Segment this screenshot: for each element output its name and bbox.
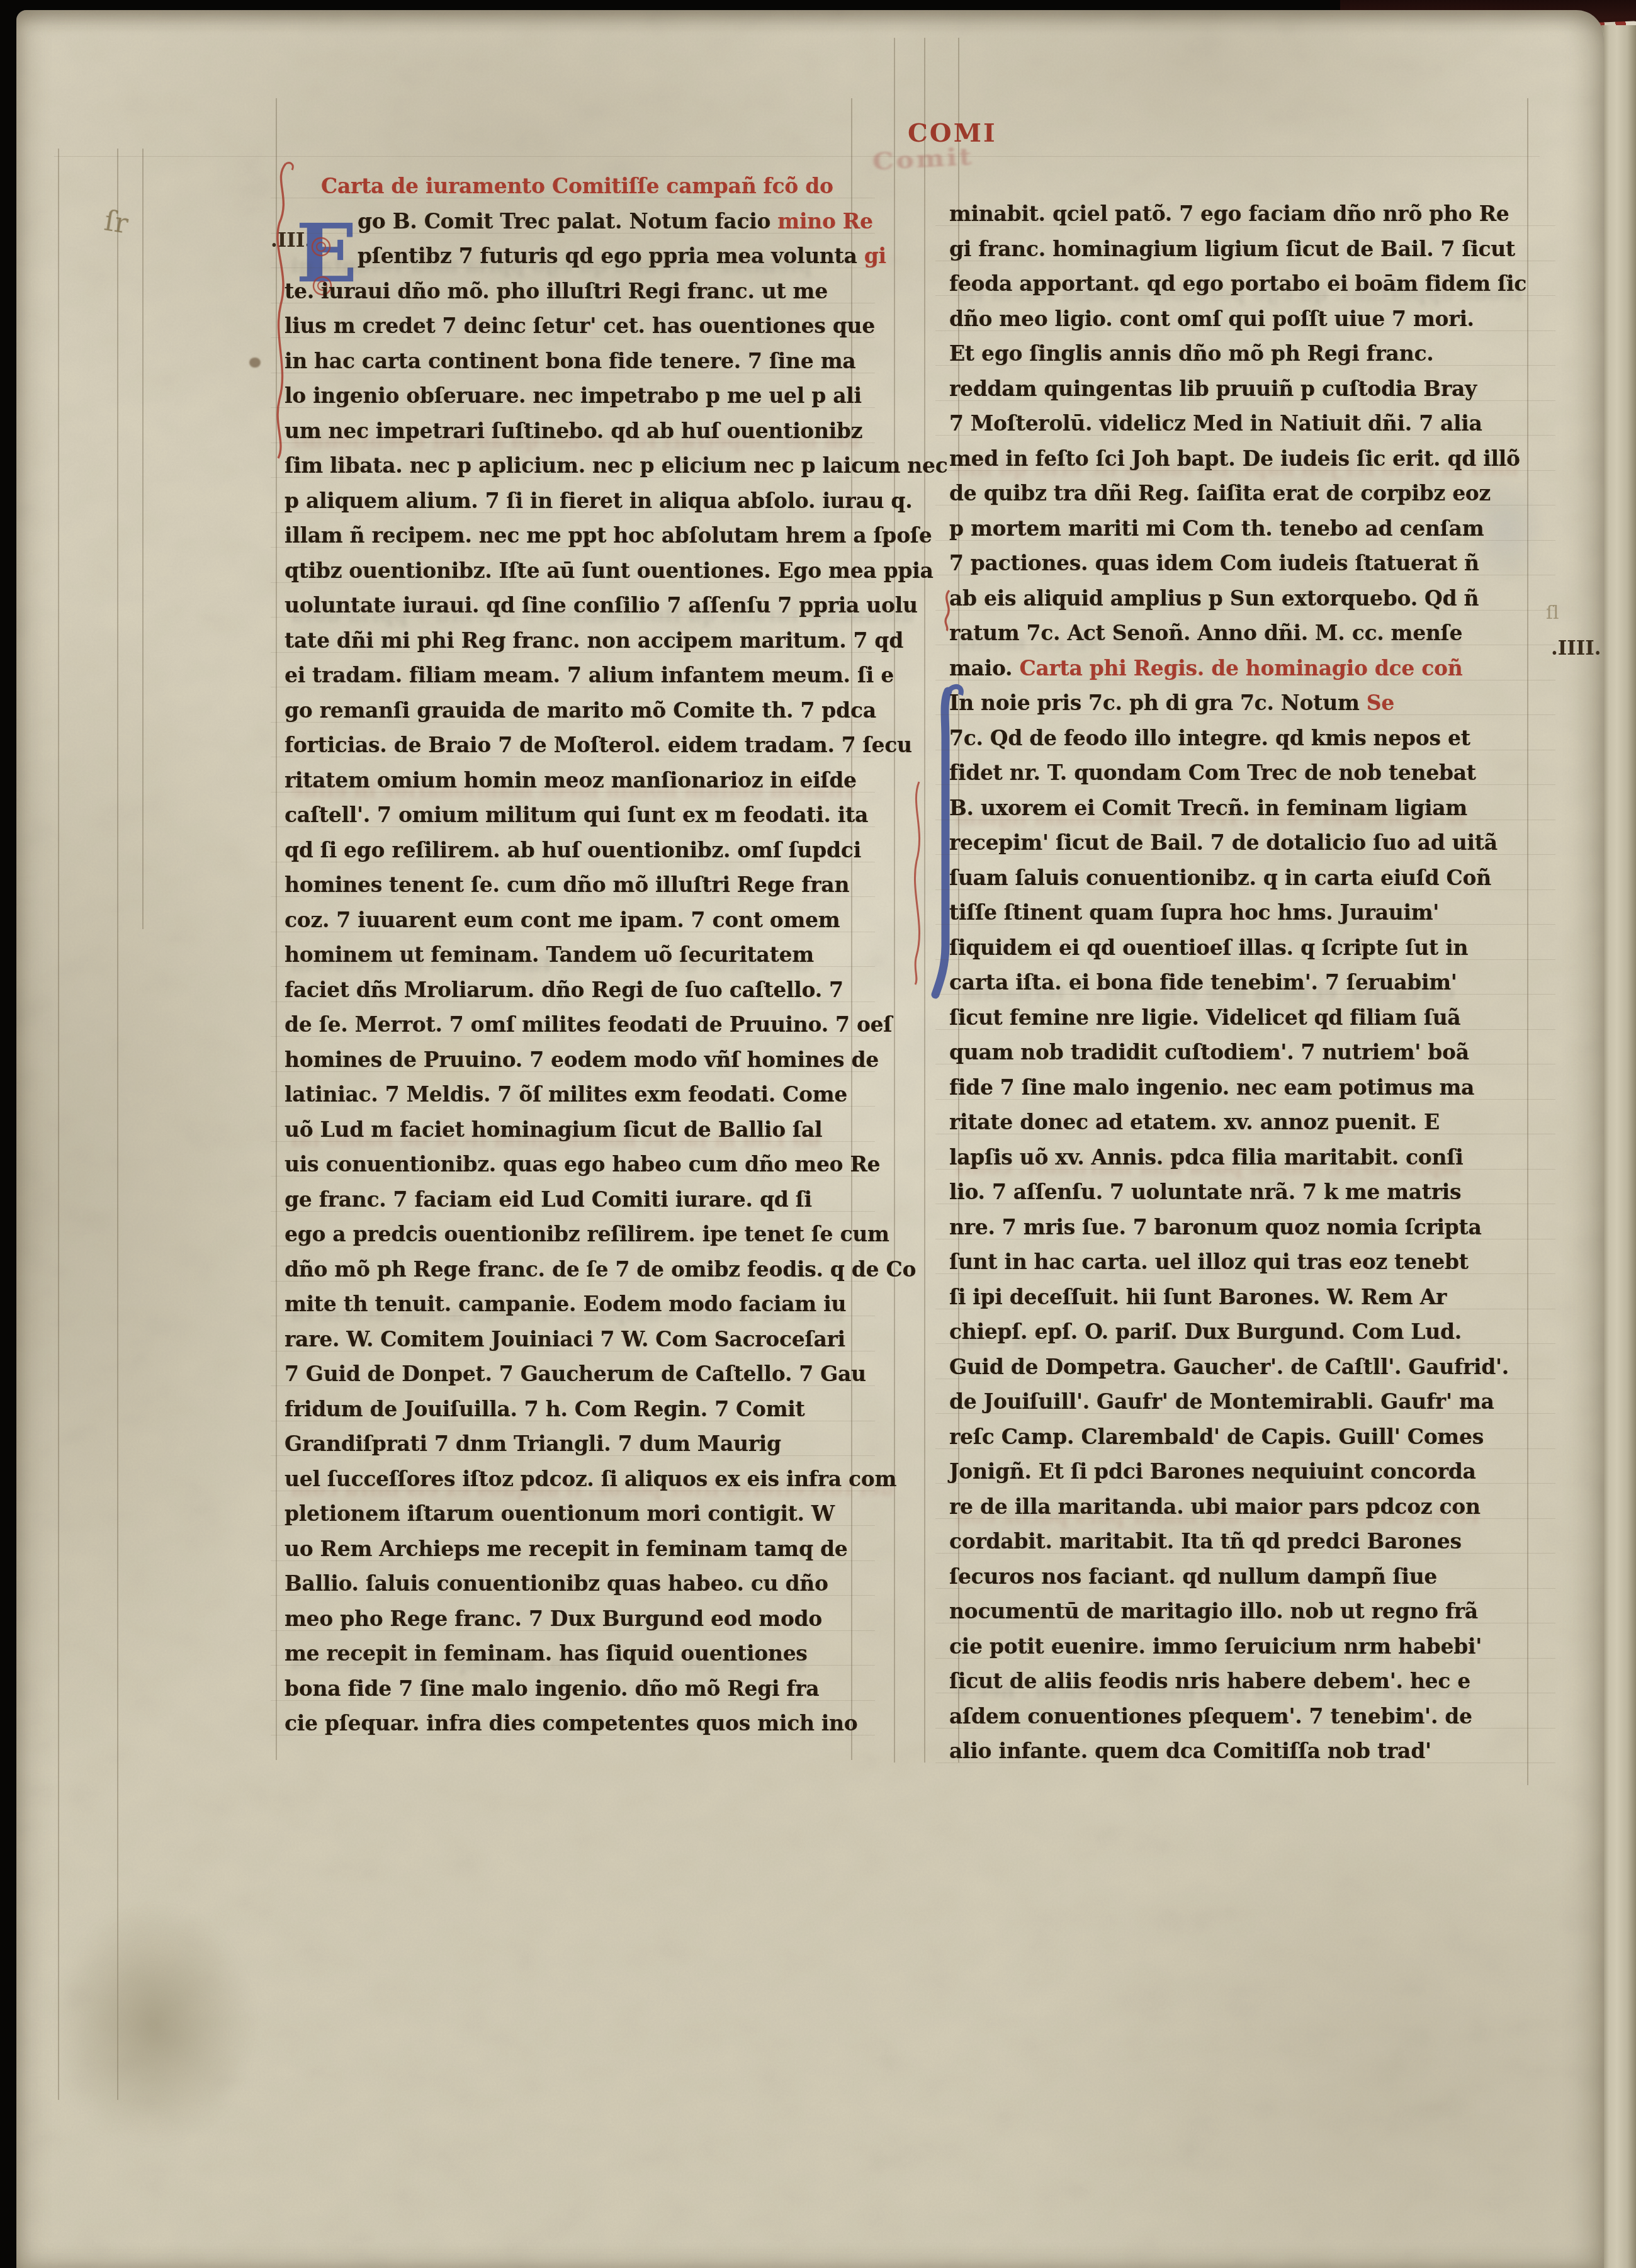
manuscript-text-line: pletionem iſtarum ouentionum mori contig…	[285, 1496, 835, 1532]
ruling-line	[58, 149, 59, 2100]
body-text: lius m credet 7 deinc ſetur' cet. has ou…	[285, 313, 875, 338]
manuscript-text-line: um nec impetrari ſuſtinebo. qd ab huſ ou…	[285, 414, 862, 449]
body-text: homines tenent ſe. cum dño mõ illuſtri R…	[285, 872, 849, 897]
body-text: nre. 7 mris ſue. 7 baronum quoz nomia ſc…	[949, 1215, 1482, 1239]
body-text: reſc Camp. Clarembald' de Capis. Guill' …	[949, 1425, 1484, 1449]
manuscript-text-line: nocumentū de maritagio illo. nob ut regn…	[949, 1594, 1478, 1629]
manuscript-text-line: ritate donec ad etatem. xv. annoz puenit…	[949, 1105, 1440, 1140]
manuscript-text-line: ritatem omium homin meoz manſionarioz in…	[285, 763, 857, 798]
manuscript-text-line: de quibz tra dñi Reg. ſaiſita erat de co…	[949, 476, 1491, 511]
body-text: carta iſta. ei bona fide tenebim'. 7 ſer…	[949, 970, 1457, 995]
rubric-text: Carta phi Regis. de hominagio dce coñ	[1019, 656, 1462, 680]
manuscript-text-line: cie pſequar. infra dies competentes quos…	[285, 1706, 857, 1741]
manuscript-text-line: ego a predcis ouentionibz reſilirem. ipe…	[285, 1217, 889, 1252]
manuscript-text-line: gi franc. hominagium ligium ſicut de Bai…	[949, 232, 1515, 267]
manuscript-text-line: chiepſ. epſ. O. pariſ. Dux Burgund. Com …	[949, 1314, 1462, 1350]
body-text: ſuam ſaluis conuentionibz. q in carta ei…	[949, 866, 1491, 890]
manuscript-text-line: tate dñi mi phi Reg franc. non accipem m…	[285, 623, 903, 658]
body-text: ego a predcis ouentionibz reſilirem. ipe…	[285, 1222, 889, 1246]
manuscript-text-line: feoda apportant. qd ego portabo ei boām …	[949, 266, 1526, 302]
manuscript-text-line: forticias. de Braio 7 de Moſterol. eidem…	[285, 728, 912, 763]
body-text: go B. Comit Trec palat. Notum facio	[358, 209, 777, 234]
body-text: fidet nr. T. quondam Com Trec de nob ten…	[949, 760, 1476, 785]
body-text: faciet dñs Mroliarum. dño Regi de ſuo ca…	[285, 978, 843, 1002]
body-text: uel ſucceſſores iſtoz pdcoz. ſi aliquos …	[285, 1467, 896, 1491]
manuscript-text-line: Jonigñ. Et ſi pdci Barones nequiuint con…	[949, 1454, 1476, 1489]
body-text: chiepſ. epſ. O. pariſ. Dux Burgund. Com …	[949, 1319, 1462, 1344]
manuscript-text-line: homines de Pruuino. 7 eodem modo vñſ hom…	[285, 1042, 879, 1078]
manuscript-text-line: 7 Guid de Donpet. 7 Gaucherum de Caſtell…	[285, 1357, 866, 1392]
manuscript-text-line: caſtell'. 7 omium militum qui ſunt ex m …	[285, 798, 868, 833]
manuscript-text-line: dño meo ligio. cont omſ qui poſſt uiue 7…	[949, 302, 1474, 337]
body-text: Ballio. ſaluis conuentionibz quas habeo.…	[285, 1571, 828, 1596]
body-text: illam ñ recipem. nec me ppt hoc abſoluta…	[285, 523, 932, 548]
chapter-number-right: .IIII.	[1551, 637, 1601, 660]
body-text: meo pho Rege franc. 7 Dux Burgund eod mo…	[285, 1606, 822, 1631]
body-text: dño meo ligio. cont omſ qui poſſt uiue 7…	[949, 307, 1474, 331]
rubric-text: Se	[1367, 691, 1394, 715]
manuscript-photo: Comit COMI .III. .IIII. ſr ſl E	[0, 0, 1636, 2268]
manuscript-text-line: Grandiſprati 7 dnm Triangli. 7 dum Mauri…	[285, 1426, 781, 1462]
manuscript-text-line: ſiquidem ei qd ouentioeſ illas. q ſcript…	[949, 930, 1468, 966]
fore-edge-leaves	[1601, 25, 1636, 2268]
manuscript-text-line: lo ingenio obſeruare. nec impetrabo p me…	[285, 378, 862, 414]
body-text: de quibz tra dñi Reg. ſaiſita erat de co…	[949, 481, 1491, 505]
manuscript-text-line: ſi ipi deceſſuit. hii ſunt Barones. W. R…	[949, 1280, 1447, 1315]
body-text: dño mõ ph Rege franc. de ſe 7 de omibz f…	[285, 1257, 916, 1282]
body-text: fridum de Jouiſuilla. 7 h. Com Regin. 7 …	[285, 1397, 805, 1421]
body-text: de ſe. Merrot. 7 omſ milites feodati de …	[285, 1012, 892, 1037]
manuscript-text-line: ſicut de aliis feodis nris habere debem'…	[949, 1664, 1470, 1699]
body-text: B. uxorem ei Comit Trecñ. in feminam lig…	[949, 796, 1467, 820]
manuscript-text-line: pſentibz 7 futuris qd ego ppria mea volu…	[358, 239, 886, 274]
manuscript-text-line: ſunt in hac carta. uel illoz qui tras eo…	[949, 1244, 1469, 1280]
manuscript-text-line: maio. Carta phi Regis. de hominagio dce …	[949, 651, 1462, 686]
body-text: lo ingenio obſeruare. nec impetrabo p me…	[285, 383, 862, 408]
manuscript-text-line: de ſe. Merrot. 7 omſ milites feodati de …	[285, 1007, 892, 1042]
text-column-right: minabit. qciel patõ. 7 ego faciam dño nr…	[949, 196, 1532, 1795]
manuscript-text-line: tiſſe ſtinent quam ſupra hoc hms. Juraui…	[949, 895, 1439, 930]
parchment-page: Comit COMI .III. .IIII. ſr ſl E	[16, 10, 1604, 2268]
manuscript-text-line: 7 pactiones. quas idem Com iudeis ſtatue…	[949, 546, 1479, 581]
manuscript-text-line: fidet nr. T. quondam Com Trec de nob ten…	[949, 755, 1476, 791]
body-text: Jonigñ. Et ſi pdci Barones nequiuint con…	[949, 1459, 1476, 1484]
body-text: ſicut de aliis feodis nris habere debem'…	[949, 1669, 1470, 1693]
body-text: ge franc. 7 faciam eid Lud Comiti iurare…	[285, 1187, 812, 1212]
manuscript-text-line: me recepit in feminam. has ſiquid ouenti…	[285, 1636, 808, 1671]
manuscript-text-line: te. iuraui dño mõ. pho illuſtri Regi fra…	[285, 274, 828, 309]
manuscript-text-line: uel ſucceſſores iſtoz pdcoz. ſi aliquos …	[285, 1462, 896, 1497]
body-text: minabit. qciel patõ. 7 ego faciam dño nr…	[949, 201, 1509, 226]
body-text: go remanſi grauida de marito mõ Comite t…	[285, 698, 876, 723]
body-text: caſtell'. 7 omium militum qui ſunt ex m …	[285, 803, 868, 827]
manuscript-text-line: qd ſi ego reſilirem. ab huſ ouentionibz.…	[285, 833, 861, 868]
body-text: forticias. de Braio 7 de Moſterol. eidem…	[285, 733, 912, 757]
ruling-line	[54, 156, 1540, 157]
body-text: bona fide 7 ſine malo ingenio. dño mõ Re…	[285, 1676, 819, 1701]
manuscript-text-line: qtibz ouentionibz. Iſte aū ſunt ouention…	[285, 553, 934, 589]
body-text: cordabit. maritabit. Ita tñ qd predci Ba…	[949, 1529, 1462, 1554]
body-text: um nec impetrari ſuſtinebo. qd ab huſ ou…	[285, 419, 862, 443]
margin-note: ſl	[1546, 602, 1559, 624]
body-text: mite th tenuit. campanie. Eodem modo fac…	[285, 1292, 846, 1316]
manuscript-text-line: de Jouiſuill'. Gaufr' de Montemirabli. G…	[949, 1384, 1494, 1419]
body-text: uis conuentionibz. quas ego habeo cum dñ…	[285, 1152, 880, 1176]
body-text: ritatem omium homin meoz manſionarioz in…	[285, 768, 857, 793]
manuscript-text-line: coz. 7 iuuarent eum cont me ipam. 7 cont…	[285, 903, 840, 938]
manuscript-text-line: meo pho Rege franc. 7 Dux Burgund eod mo…	[285, 1601, 822, 1637]
manuscript-text-line: uis conuentionibz. quas ego habeo cum dñ…	[285, 1147, 880, 1182]
body-text: cie potit euenire. immo ſeruicium nrm ha…	[949, 1634, 1482, 1659]
body-text: in hac carta continent bona fide tenere.…	[285, 349, 855, 373]
body-text: de Jouiſuill'. Gaufr' de Montemirabli. G…	[949, 1389, 1494, 1414]
body-text: qd ſi ego reſilirem. ab huſ ouentionibz.…	[285, 838, 861, 862]
body-text: alio infante. quem dca Comitiſſa nob tra…	[949, 1739, 1431, 1763]
manuscript-text-line: reddam quingentas lib pruuiñ p cuſtodia …	[949, 371, 1477, 407]
body-text: re de illa maritanda. ubi maior pars pdc…	[949, 1494, 1481, 1519]
rubric-text: Carta de iuramento Comitiſſe campañ fcõ …	[321, 174, 833, 198]
manuscript-text-line: ſim libata. nec p aplicium. nec p eliciu…	[285, 448, 947, 483]
manuscript-text-line: ſuam ſaluis conuentionibz. q in carta ei…	[949, 860, 1491, 896]
body-text: uo Rem Archieps me recepit in feminam ta…	[285, 1537, 847, 1561]
margin-note: ſr	[102, 205, 130, 240]
running-title: COMI	[908, 118, 997, 148]
manuscript-text-line: p mortem mariti mi Com th. tenebo ad cen…	[949, 511, 1484, 546]
manuscript-text-line: Guid de Dompetra. Gaucher'. de Caſtll'. …	[949, 1350, 1509, 1385]
body-text: homines de Pruuino. 7 eodem modo vñſ hom…	[285, 1047, 879, 1072]
stain	[249, 358, 261, 368]
body-text: me recepit in feminam. has ſiquid ouenti…	[285, 1641, 808, 1666]
body-text: In noie pris 7c. ph di gra 7c. Notum	[949, 691, 1367, 715]
manuscript-text-line: faciet dñs Mroliarum. dño Regi de ſuo ca…	[285, 973, 843, 1008]
manuscript-text-line: ei tradam. filiam meam. 7 alium infantem…	[285, 658, 894, 693]
manuscript-text-line: ab eis aliquid amplius p Sun extorquebo.…	[949, 581, 1479, 616]
manuscript-text-line: go B. Comit Trec palat. Notum facio mino…	[358, 204, 873, 239]
body-text: ritate donec ad etatem. xv. annoz puenit…	[949, 1110, 1440, 1134]
manuscript-text-line: fide 7 ſine malo ingenio. nec eam potimu…	[949, 1070, 1474, 1105]
manuscript-text-line: quam nob tradidit cuſtodiem'. 7 nutriem'…	[949, 1035, 1469, 1070]
rubric-text: gi	[864, 244, 886, 268]
manuscript-text-line: ſicut femine nre ligie. Videlicet qd fil…	[949, 1000, 1460, 1035]
body-text: ſunt in hac carta. uel illoz qui tras eo…	[949, 1250, 1469, 1274]
manuscript-text-line: ge franc. 7 faciam eid Lud Comiti iurare…	[285, 1182, 812, 1217]
body-text: nocumentū de maritagio illo. nob ut regn…	[949, 1599, 1478, 1623]
text-column-left: Carta de iuramento Comitiſſe campañ fcõ …	[285, 169, 851, 1768]
manuscript-text-line: nre. 7 mris ſue. 7 baronum quoz nomia ſc…	[949, 1210, 1482, 1245]
manuscript-text-line: carta iſta. ei bona fide tenebim'. 7 ſer…	[949, 965, 1457, 1000]
manuscript-text-line: uõ Lud m faciet hominagium ſicut de Ball…	[285, 1112, 822, 1148]
manuscript-text-line: in hac carta continent bona fide tenere.…	[285, 344, 855, 379]
body-text: lio. 7 aſſenſu. 7 uoluntate nrã. 7 k me …	[949, 1180, 1461, 1204]
body-text: quam nob tradidit cuſtodiem'. 7 nutriem'…	[949, 1040, 1469, 1064]
body-text: qtibz ouentionibz. Iſte aū ſunt ouention…	[285, 558, 934, 583]
body-text: ab eis aliquid amplius p Sun extorquebo.…	[949, 586, 1479, 611]
body-text: uoluntate iuraui. qd ſine conſilio 7 aſſ…	[285, 593, 918, 618]
body-text: ratum 7c. Act Senoñ. Anno dñi. M. cc. me…	[949, 621, 1462, 645]
manuscript-text-line: bona fide 7 ſine malo ingenio. dño mõ Re…	[285, 1671, 819, 1707]
body-text: gi franc. hominagium ligium ſicut de Bai…	[949, 237, 1515, 261]
manuscript-text-line: rare. W. Comitem Jouiniaci 7 W. Com Sacr…	[285, 1322, 845, 1357]
manuscript-text-line: ratum 7c. Act Senoñ. Anno dñi. M. cc. me…	[949, 616, 1462, 651]
manuscript-text-line: dño mõ ph Rege franc. de ſe 7 de omibz f…	[285, 1252, 916, 1287]
body-text: pletionem iſtarum ouentionum mori contig…	[285, 1501, 835, 1526]
manuscript-text-line: uoluntate iuraui. qd ſine conſilio 7 aſſ…	[285, 588, 918, 623]
manuscript-text-line: Et ego ſinglis annis dño mõ ph Regi fran…	[949, 336, 1433, 371]
body-text: Guid de Dompetra. Gaucher'. de Caſtll'. …	[949, 1355, 1509, 1379]
body-text: feoda apportant. qd ego portabo ei boām …	[949, 271, 1526, 296]
body-text: ſiquidem ei qd ouentioeſ illas. q ſcript…	[949, 935, 1468, 960]
body-text: cie pſequar. infra dies competentes quos…	[285, 1711, 857, 1735]
ruling-line	[142, 149, 144, 929]
manuscript-text-line: uo Rem Archieps me recepit in feminam ta…	[285, 1532, 847, 1567]
body-text: Et ego ſinglis annis dño mõ ph Regi fran…	[949, 341, 1433, 366]
body-text: latiniac. 7 Meldis. 7 õſ milites exm feo…	[285, 1082, 847, 1107]
body-text: te. iuraui dño mõ. pho illuſtri Regi fra…	[285, 279, 828, 303]
manuscript-text-line: Carta de iuramento Comitiſſe campañ fcõ …	[321, 169, 833, 204]
manuscript-text-line: B. uxorem ei Comit Trecñ. in feminam lig…	[949, 791, 1467, 826]
manuscript-text-line: med in feſto ſci Joh bapt. De iudeis ſic…	[949, 441, 1520, 477]
body-text: aſdem conuentiones pſequem'. 7 tenebim'.…	[949, 1704, 1472, 1729]
body-text: med in feſto ſci Joh bapt. De iudeis ſic…	[949, 446, 1520, 471]
body-text: recepim' ſicut de Bail. 7 de dotalicio ſ…	[949, 830, 1498, 855]
manuscript-text-line: Ballio. ſaluis conuentionibz quas habeo.…	[285, 1566, 828, 1601]
body-text: pſentibz 7 futuris qd ego ppria mea volu…	[358, 244, 864, 268]
manuscript-text-line: 7c. Qd de feodo illo integre. qd kmis ne…	[949, 721, 1470, 756]
manuscript-text-line: 7 Moſterolū. videlicz Med in Natiuit dñi…	[949, 406, 1482, 441]
ruling-line	[117, 149, 118, 2100]
manuscript-text-line: cordabit. maritabit. Ita tñ qd predci Ba…	[949, 1524, 1462, 1559]
body-text: Grandiſprati 7 dnm Triangli. 7 dum Mauri…	[285, 1431, 781, 1456]
body-text: uõ Lud m faciet hominagium ſicut de Ball…	[285, 1117, 822, 1142]
body-text: maio.	[949, 656, 1019, 680]
manuscript-text-line: fridum de Jouiſuilla. 7 h. Com Regin. 7 …	[285, 1392, 805, 1427]
manuscript-text-line: lapſis uõ xv. Annis. pdca filia maritabi…	[949, 1140, 1463, 1175]
body-text: 7 pactiones. quas idem Com iudeis ſtatue…	[949, 551, 1479, 575]
body-text: 7 Guid de Donpet. 7 Gaucherum de Caſtell…	[285, 1362, 866, 1386]
manuscript-text-line: cie potit euenire. immo ſeruicium nrm ha…	[949, 1629, 1482, 1664]
manuscript-text-line: homines tenent ſe. cum dño mõ illuſtri R…	[285, 867, 849, 903]
rubric-text: mino Re	[777, 209, 872, 234]
manuscript-text-line: recepim' ſicut de Bail. 7 de dotalicio ſ…	[949, 825, 1498, 860]
manuscript-text-line: lio. 7 aſſenſu. 7 uoluntate nrã. 7 k me …	[949, 1175, 1461, 1210]
manuscript-text-line: lius m credet 7 deinc ſetur' cet. has ou…	[285, 308, 875, 344]
body-text: p mortem mariti mi Com th. tenebo ad cen…	[949, 516, 1484, 541]
body-text: ſim libata. nec p aplicium. nec p eliciu…	[285, 453, 947, 478]
body-text: tiſſe ſtinent quam ſupra hoc hms. Juraui…	[949, 900, 1439, 925]
body-text: fide 7 ſine malo ingenio. nec eam potimu…	[949, 1075, 1474, 1100]
manuscript-text-line: illam ñ recipem. nec me ppt hoc abſoluta…	[285, 518, 932, 553]
manuscript-text-line: p aliquem alium. 7 ſi in fieret in aliqu…	[285, 483, 912, 519]
red-penwork-flourish	[906, 779, 929, 987]
manuscript-text-line: hominem ut feminam. Tandem uõ ſecuritate…	[285, 937, 814, 973]
body-text: ſicut femine nre ligie. Videlicet qd fil…	[949, 1005, 1460, 1030]
manuscript-text-line: In noie pris 7c. ph di gra 7c. Notum Se	[949, 685, 1394, 721]
manuscript-text-line: aſdem conuentiones pſequem'. 7 tenebim'.…	[949, 1699, 1472, 1734]
manuscript-text-line: go remanſi grauida de marito mõ Comite t…	[285, 693, 876, 728]
body-text: hominem ut feminam. Tandem uõ ſecuritate…	[285, 942, 814, 967]
body-text: p aliquem alium. 7 ſi in fieret in aliqu…	[285, 488, 912, 513]
body-text: lapſis uõ xv. Annis. pdca filia maritabi…	[949, 1145, 1463, 1170]
manuscript-text-line: mite th tenuit. campanie. Eodem modo fac…	[285, 1287, 846, 1322]
body-text: 7c. Qd de feodo illo integre. qd kmis ne…	[949, 726, 1470, 750]
manuscript-text-line: alio infante. quem dca Comitiſſa nob tra…	[949, 1734, 1431, 1769]
body-text: ei tradam. filiam meam. 7 alium infantem…	[285, 663, 894, 687]
body-text: ſecuros nos faciant. qd nullum dampñ ſiu…	[949, 1564, 1437, 1589]
body-text: reddam quingentas lib pruuiñ p cuſtodia …	[949, 376, 1477, 401]
manuscript-text-line: latiniac. 7 Meldis. 7 õſ milites exm feo…	[285, 1077, 847, 1112]
manuscript-text-line: reſc Camp. Clarembald' de Capis. Guill' …	[949, 1419, 1484, 1455]
manuscript-text-line: re de illa maritanda. ubi maior pars pdc…	[949, 1489, 1481, 1525]
body-text: rare. W. Comitem Jouiniaci 7 W. Com Sacr…	[285, 1327, 845, 1351]
ruling-line	[894, 38, 895, 1763]
body-text: 7 Moſterolū. videlicz Med in Natiuit dñi…	[949, 411, 1482, 436]
body-text: tate dñi mi phi Reg franc. non accipem m…	[285, 628, 903, 653]
manuscript-text-line: minabit. qciel patõ. 7 ego faciam dño nr…	[949, 196, 1509, 232]
body-text: coz. 7 iuuarent eum cont me ipam. 7 cont…	[285, 908, 840, 932]
body-text: ſi ipi deceſſuit. hii ſunt Barones. W. R…	[949, 1285, 1447, 1309]
manuscript-text-line: ſecuros nos faciant. qd nullum dampñ ſiu…	[949, 1559, 1437, 1594]
stain	[53, 1905, 254, 2144]
